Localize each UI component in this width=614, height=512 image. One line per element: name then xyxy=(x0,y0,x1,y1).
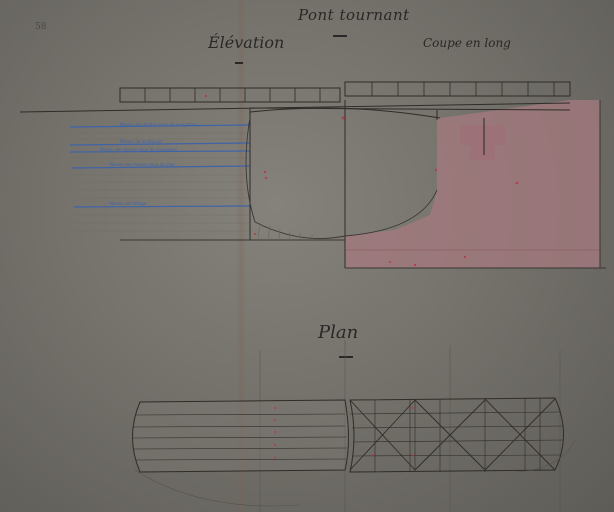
pivot-pit xyxy=(120,118,437,240)
plan-view xyxy=(133,398,576,506)
cross-bracing xyxy=(350,399,555,470)
water-note: Niveau des hautes eaux de crue xyxy=(110,162,175,167)
water-note: Niveau de l'étiage xyxy=(110,201,146,206)
drawing-svg xyxy=(0,0,614,512)
masonry-abutment xyxy=(345,100,606,268)
water-note: Niveau des basses eaux de navigation xyxy=(100,147,177,152)
drawing-sheet: 58 Pont tournant Élévation Coupe en long… xyxy=(0,0,614,512)
water-note: Niveau de la retenue xyxy=(120,139,162,144)
bridge-railing xyxy=(120,82,570,102)
water-note: Niveau des hautes eaux de navigation xyxy=(120,122,197,127)
